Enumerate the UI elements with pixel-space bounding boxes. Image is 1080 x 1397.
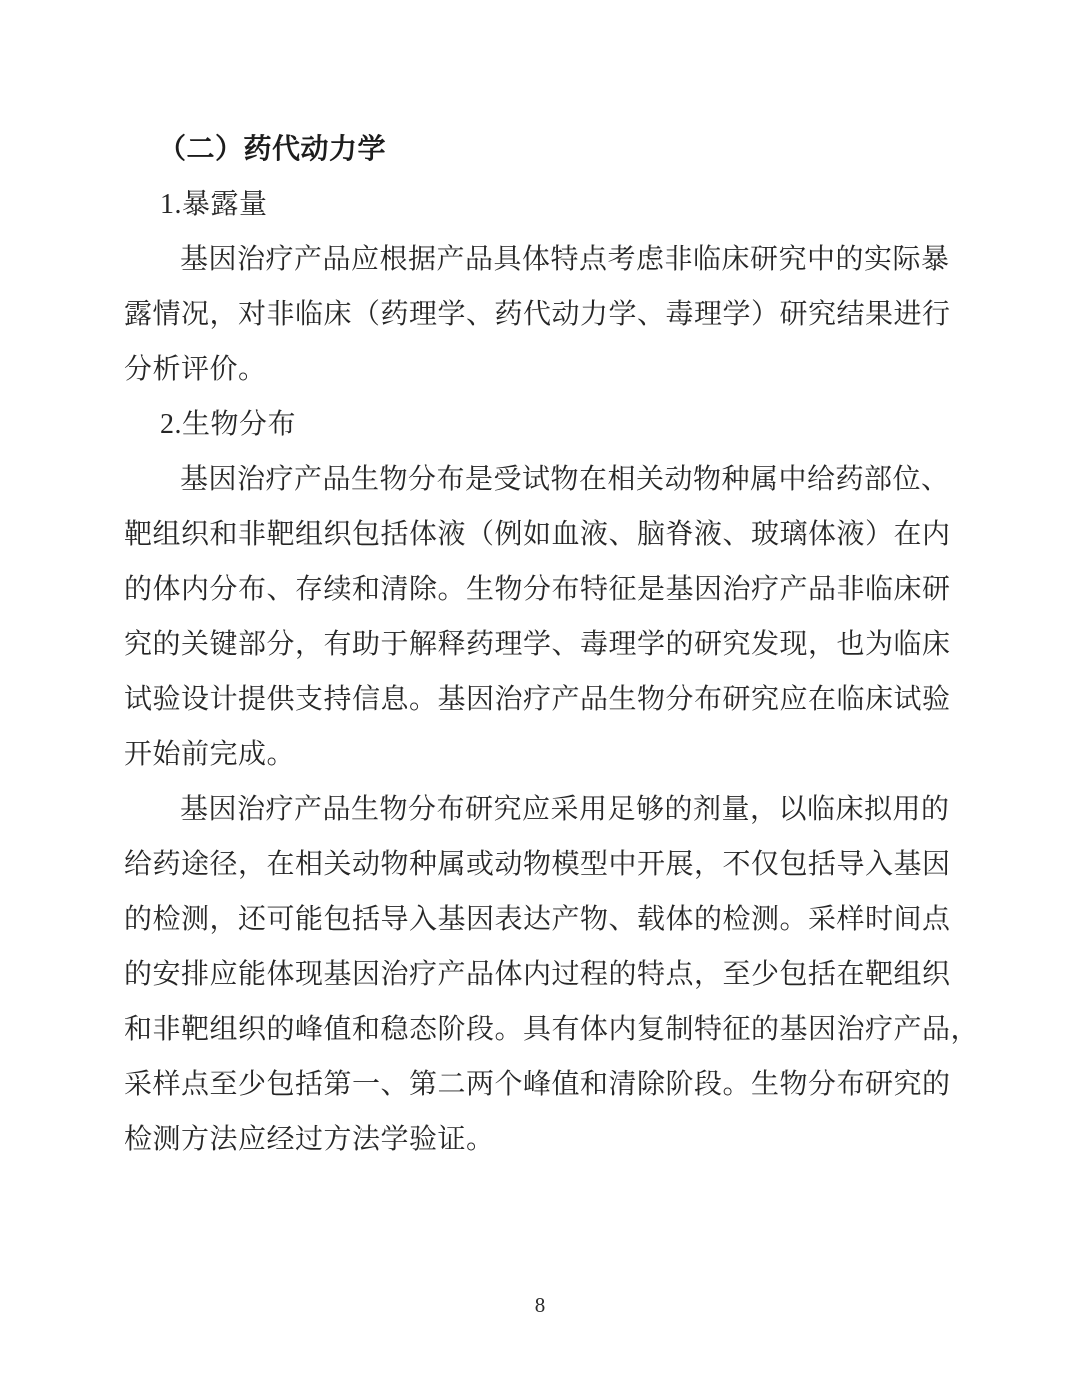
text-line: 和非靶组织的峰值和稳态阶段。具有体内复制特征的基因治疗产品， — [124, 1002, 952, 1057]
text-line: 基因治疗产品生物分布研究应采用足够的剂量，以临床拟用的 — [124, 782, 952, 837]
document-body: （二）药代动力学1.暴露量基因治疗产品应根据产品具体特点考虑非临床研究中的实际暴… — [0, 0, 1080, 1167]
text-line: 基因治疗产品生物分布是受试物在相关动物种属中给药部位、 — [124, 452, 952, 507]
text-line: 2.生物分布 — [124, 397, 952, 452]
text-line: 的安排应能体现基因治疗产品体内过程的特点，至少包括在靶组织 — [124, 947, 952, 1002]
text-line: 靶组织和非靶组织包括体液（例如血液、脑脊液、玻璃体液）在内 — [124, 507, 952, 562]
page-footer: 8 — [0, 1293, 1080, 1318]
paragraph: 基因治疗产品应根据产品具体特点考虑非临床研究中的实际暴露情况，对非临床（药理学、… — [124, 232, 952, 397]
text-line: （二）药代动力学 — [124, 122, 952, 177]
text-line: 开始前完成。 — [124, 727, 952, 782]
text-line: 的检测，还可能包括导入基因表达产物、载体的检测。采样时间点 — [124, 892, 952, 947]
text-line: 分析评价。 — [124, 342, 952, 397]
text-line: 试验设计提供支持信息。基因治疗产品生物分布研究应在临床试验 — [124, 672, 952, 727]
text-line: 的体内分布、存续和清除。生物分布特征是基因治疗产品非临床研 — [124, 562, 952, 617]
text-line: 究的关键部分，有助于解释药理学、毒理学的研究发现，也为临床 — [124, 617, 952, 672]
page-number: 8 — [535, 1293, 546, 1317]
heading: （二）药代动力学 — [124, 122, 952, 177]
text-line: 1.暴露量 — [124, 177, 952, 232]
subheading: 1.暴露量 — [124, 177, 952, 232]
text-line: 露情况，对非临床（药理学、药代动力学、毒理学）研究结果进行 — [124, 287, 952, 342]
paragraph: 基因治疗产品生物分布是受试物在相关动物种属中给药部位、靶组织和非靶组织包括体液（… — [124, 452, 952, 782]
text-line: 给药途径，在相关动物种属或动物模型中开展，不仅包括导入基因 — [124, 837, 952, 892]
document-page: （二）药代动力学1.暴露量基因治疗产品应根据产品具体特点考虑非临床研究中的实际暴… — [0, 0, 1080, 1397]
text-line: 基因治疗产品应根据产品具体特点考虑非临床研究中的实际暴 — [124, 232, 952, 287]
text-line: 检测方法应经过方法学验证。 — [124, 1112, 952, 1167]
subheading: 2.生物分布 — [124, 397, 952, 452]
text-line: 采样点至少包括第一、第二两个峰值和清除阶段。生物分布研究的 — [124, 1057, 952, 1112]
paragraph: 基因治疗产品生物分布研究应采用足够的剂量，以临床拟用的给药途径，在相关动物种属或… — [124, 782, 952, 1167]
